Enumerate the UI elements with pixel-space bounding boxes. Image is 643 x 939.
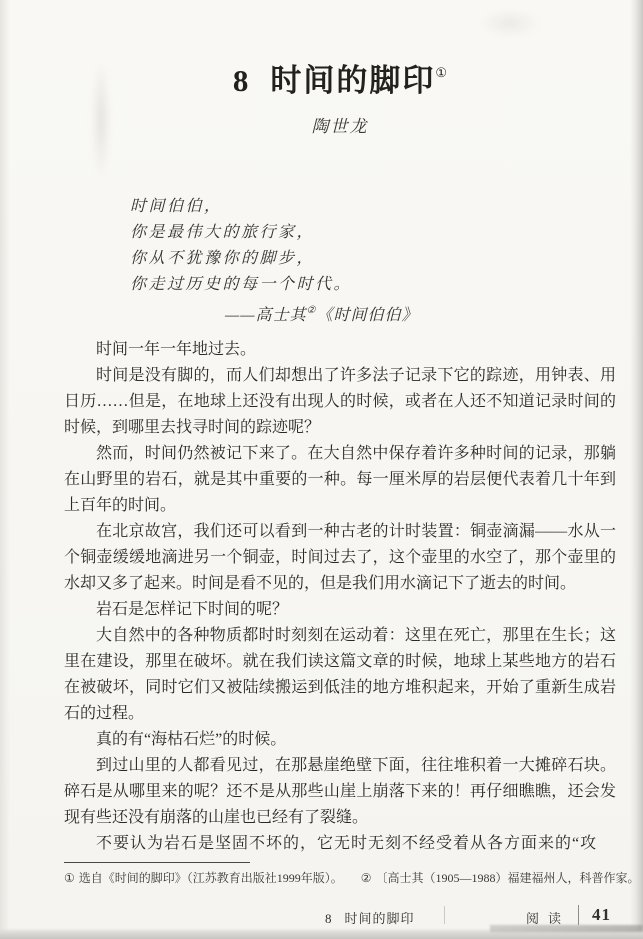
attribution-dash: ——	[225, 307, 255, 324]
attribution-work: 《时间伯伯》	[316, 307, 418, 324]
title-footnote-ref: ①	[435, 65, 447, 80]
paragraph: 时间一年一年地过去。	[64, 337, 616, 363]
page-number: 41	[592, 905, 611, 925]
lesson-title-text: 时间的脚印	[270, 63, 435, 98]
poem-line: 时间伯伯，	[130, 194, 616, 220]
lesson-title: 8时间的脚印①	[64, 52, 616, 102]
poem-line: 你从不犹豫你的脚步，	[130, 246, 616, 272]
footer-lesson-title: 时间的脚印	[345, 911, 415, 926]
paragraph: 在北京故宫，我们还可以看到一种古老的计时装置：铜壶滴漏——水从一个铜壶缓缓地滴进…	[64, 519, 616, 597]
footer-lesson: 8时间的脚印	[325, 908, 415, 927]
page-content: 8时间的脚印① 陶世龙 时间伯伯， 你是最伟大的旅行家， 你从不犹豫你的脚步， …	[0, 0, 616, 887]
footer-divider	[578, 905, 579, 925]
paragraph: 岩石是怎样记下时间的呢？	[64, 597, 616, 623]
footnotes: ①选自《时间的脚印》（江苏教育出版社1999年版）。 ②〔高士其（1905—19…	[64, 869, 630, 887]
paragraph: 大自然中的各种物质都时时刻刻在运动着：这里在死亡，那里在生长；这里在建设，那里在…	[64, 623, 616, 727]
poem-attribution: ——高士其②《时间伯伯》	[225, 298, 616, 329]
scan-smear-bottom	[490, 925, 643, 932]
attribution-author: 高士其	[255, 307, 306, 324]
lesson-number: 8	[233, 63, 249, 98]
paragraph: 然而，时间仍然被记下来了。在大自然中保存着许多种时间的记录，那躺在山野里的岩石，…	[64, 441, 616, 519]
poem-line: 你走过历史的每一个时代。	[130, 272, 616, 298]
paragraph-continued: 不要认为岩石是坚固不坏的，它无时无刻不经受着从各方面来的“攻	[64, 831, 616, 857]
footnote-2: ②〔高士其（1905—1988）福建福州人，科普作家。	[361, 869, 640, 887]
paragraph: 真的有“海枯石烂”的时候。	[64, 727, 616, 753]
footnote-1: ①选自《时间的脚印》（江苏教育出版社1999年版）。	[64, 869, 343, 887]
attribution-footnote-ref: ②	[306, 305, 316, 316]
footnote-divider	[64, 862, 250, 863]
footnote-marker: ①	[64, 871, 75, 885]
scan-edge-right	[630, 0, 643, 939]
paragraph: 到过山里的人都看见过，在那悬崖绝壁下面，往往堆积着一大摊碎石块。碎石是从哪里来的…	[64, 753, 616, 831]
footer-lesson-number: 8	[325, 911, 333, 926]
paragraph: 时间是没有脚的，而人们却想出了许多法子记录下它的踪迹，用钟表、用日历……但是，在…	[64, 363, 616, 441]
body-text: 时间一年一年地过去。 时间是没有脚的，而人们却想出了许多法子记录下它的踪迹，用钟…	[64, 337, 616, 857]
author-name: 陶世龙	[64, 116, 616, 138]
footnote-marker: ②	[361, 871, 372, 885]
textbook-page: 8时间的脚印① 陶世龙 时间伯伯， 你是最伟大的旅行家， 你从不犹豫你的脚步， …	[0, 0, 643, 939]
footnote-text: 〔高士其（1905—1988）福建福州人，科普作家。	[376, 871, 640, 885]
poem-line: 你是最伟大的旅行家，	[130, 220, 616, 246]
epigraph-poem: 时间伯伯， 你是最伟大的旅行家， 你从不犹豫你的脚步， 你走过历史的每一个时代。…	[130, 194, 616, 329]
footnote-text: 选自《时间的脚印》（江苏教育出版社1999年版）。	[79, 871, 343, 885]
footer-divider-faint	[444, 906, 445, 924]
